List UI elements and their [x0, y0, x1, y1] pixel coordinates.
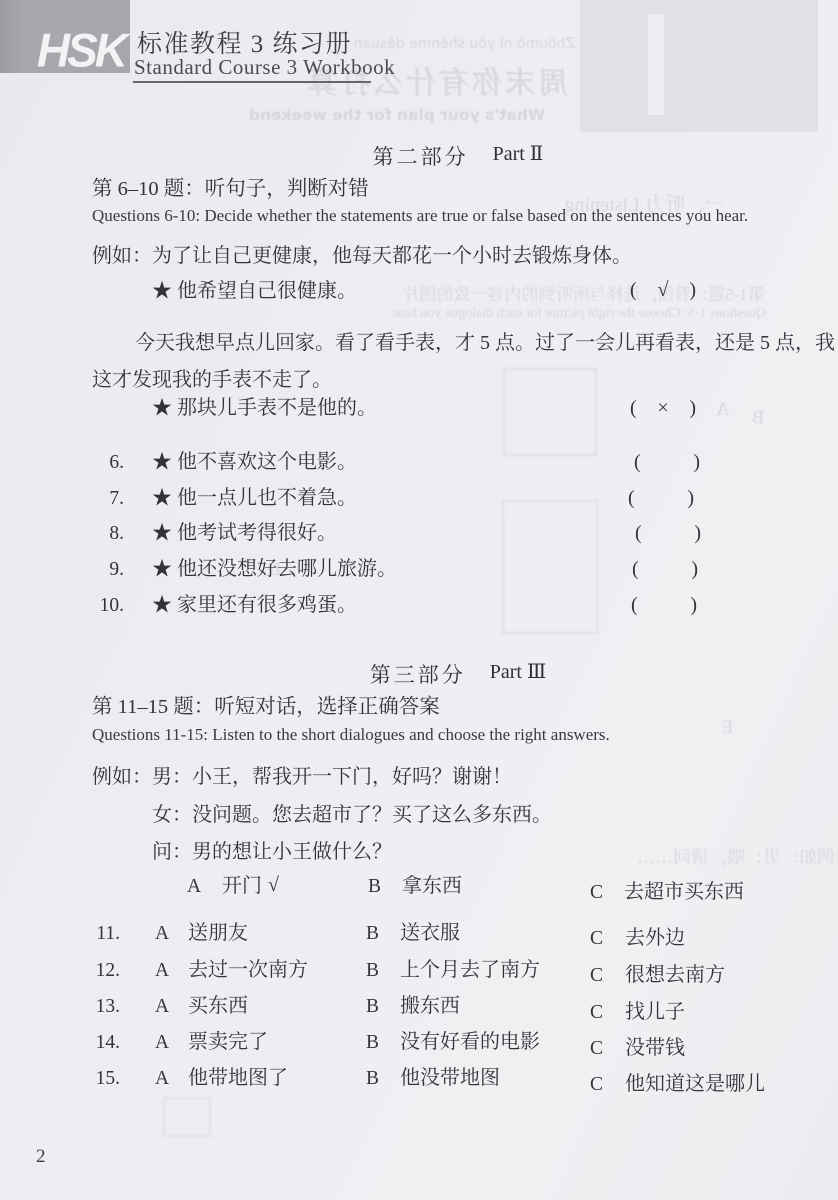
- option-check-a: √: [268, 875, 279, 895]
- option-letter-a: A: [155, 923, 169, 945]
- answer-blank: (): [634, 451, 700, 474]
- paren-open: (: [630, 279, 637, 302]
- part3-example-line1: 例如：男：小王，帮我开一下门，好吗？谢谢！: [92, 767, 512, 787]
- page-number: 2: [36, 1146, 46, 1168]
- paren-close: ): [689, 397, 696, 420]
- option-letter-a: A: [187, 876, 201, 898]
- item-statement: ★ 家里还有很多鸡蛋。: [152, 595, 357, 615]
- option-letter-b: B: [366, 1068, 379, 1090]
- option-letter-b: B: [366, 960, 379, 982]
- option-letter-c: C: [590, 1002, 603, 1024]
- option-letter-b: B: [366, 1032, 379, 1054]
- part2-directions-en: Questions 6-10: Decide whether the state…: [92, 206, 748, 226]
- paren-close: ): [693, 451, 700, 474]
- answer-mark: [656, 594, 672, 617]
- book-title-en: Standard Course 3 Workbook: [134, 55, 395, 80]
- option-text-b: 送衣服: [400, 923, 460, 943]
- answer-blank: (): [628, 487, 694, 510]
- part2-passage-answer: (×): [630, 397, 696, 420]
- option-text-c: 没带钱: [625, 1038, 685, 1058]
- item-number: 6.: [82, 452, 124, 474]
- option-text-c: 他知道这是哪儿: [625, 1074, 765, 1094]
- paren-close: ): [694, 522, 701, 545]
- item-number: 8.: [82, 523, 124, 545]
- item-number: 11.: [78, 923, 120, 945]
- item-number: 12.: [78, 960, 120, 982]
- part2-example-sentence: 为了让自己更健康，他每天都花一个小时去锻炼身体。: [152, 245, 632, 267]
- option-letter-b: B: [366, 996, 379, 1018]
- part3-directions-zh: 第 11–15 题：听短对话，选择正确答案: [92, 697, 440, 718]
- item-statement: ★ 他一点儿也不着急。: [152, 488, 357, 508]
- part3-heading: 第三部分 Part Ⅲ: [92, 659, 824, 689]
- paren-open: (: [635, 522, 642, 545]
- answer-mark: [659, 451, 675, 474]
- option-letter-a: A: [155, 960, 169, 982]
- part2-passage-line2: 这才发现我的手表不走了。: [92, 370, 332, 390]
- option-letter-c: C: [590, 1038, 603, 1060]
- part3-example-line3: 问：男的想让小王做什么？: [152, 842, 392, 862]
- hsk-logo: HSK: [37, 27, 125, 74]
- paren-open: (: [634, 451, 641, 474]
- answer-mark: [657, 558, 673, 581]
- option-text-b: 搬东西: [400, 996, 460, 1016]
- part2-directions-zh: 第 6–10 题：听句子，判断对错: [92, 179, 369, 200]
- option-letter-c: C: [590, 928, 603, 950]
- dialogue-male: 男：小王，帮我开一下门，好吗？谢谢！: [152, 766, 512, 788]
- part3-example-line2: 女：没问题。您去超市了？买了这么多东西。: [152, 805, 552, 825]
- item-number: 15.: [78, 1068, 120, 1090]
- item-number: 10.: [82, 595, 124, 617]
- option-text-c: 去超市买东西: [624, 882, 744, 902]
- answer-blank: (): [635, 522, 701, 545]
- option-text-a: 买东西: [188, 996, 248, 1016]
- paren-close: ): [689, 279, 696, 302]
- option-text-a: 他带地图了: [188, 1068, 288, 1088]
- example-label: 例如：: [92, 767, 152, 787]
- hsk-logo-block: HSK: [0, 0, 130, 73]
- item-statement: ★ 他不喜欢这个电影。: [152, 452, 357, 472]
- answer-blank: (): [632, 558, 698, 581]
- cross-mark: ×: [655, 397, 671, 420]
- item-number: 13.: [78, 996, 120, 1018]
- option-text-b: 上个月去了南方: [400, 960, 540, 980]
- part2-heading-zh: 第二部分: [373, 141, 469, 171]
- item-statement: ★ 他还没想好去哪儿旅游。: [152, 559, 397, 579]
- paren-close: ): [690, 594, 697, 617]
- option-text-b: 拿东西: [402, 876, 462, 896]
- item-number: 14.: [78, 1032, 120, 1054]
- part2-passage-statement: ★ 那块儿手表不是他的。: [152, 398, 377, 418]
- workbook-page: Zhōumò nǐ yǒu shénme dǎsuan 周末你有什么打算 Wha…: [0, 0, 838, 1200]
- part2-heading-en: Part Ⅱ: [493, 141, 544, 171]
- option-letter-b: B: [366, 923, 379, 945]
- answer-blank: (): [631, 594, 697, 617]
- item-number: 7.: [82, 488, 124, 510]
- option-letter-b: B: [368, 876, 381, 898]
- option-text-a: 票卖完了: [188, 1032, 268, 1052]
- check-mark: √: [655, 279, 671, 302]
- option-letter-a: A: [155, 1068, 169, 1090]
- paren-open: (: [628, 487, 635, 510]
- part2-passage-line1: 今天我想早点儿回家。看了看手表，才 5 点。过了一会儿再看表，还是 5 点，我: [135, 333, 835, 353]
- paren-close: ): [687, 487, 694, 510]
- part2-example-line: 例如：为了让自己更健康，他每天都花一个小时去锻炼身体。: [92, 246, 632, 266]
- part2-example-answer: (√): [630, 279, 696, 302]
- part3-heading-en: Part Ⅲ: [490, 659, 547, 689]
- option-text-b: 他没带地图: [400, 1068, 500, 1088]
- option-letter-c: C: [590, 1074, 603, 1096]
- option-text-a: 开门: [222, 876, 262, 896]
- example-label: 例如：: [92, 246, 152, 266]
- option-text-c: 很想去南方: [625, 965, 725, 985]
- paren-open: (: [630, 397, 637, 420]
- page-content: HSK 标准教程 3 练习册 Standard Course 3 Workboo…: [0, 0, 838, 1200]
- answer-mark: [660, 522, 676, 545]
- option-letter-a: A: [155, 1032, 169, 1054]
- option-letter-c: C: [590, 965, 603, 987]
- item-number: 9.: [82, 559, 124, 581]
- part2-example-statement: ★ 他希望自己很健康。: [152, 281, 357, 301]
- part3-directions-en: Questions 11-15: Listen to the short dia…: [92, 725, 610, 745]
- option-text-c: 去外边: [625, 928, 685, 948]
- option-text-a: 去过一次南方: [188, 960, 308, 980]
- paren-open: (: [632, 558, 639, 581]
- part3-heading-zh: 第三部分: [370, 659, 466, 689]
- paren-open: (: [631, 594, 638, 617]
- option-text-c: 找儿子: [625, 1002, 685, 1022]
- part2-heading: 第二部分 Part Ⅱ: [92, 141, 824, 171]
- answer-mark: [653, 487, 669, 510]
- paren-close: ): [691, 558, 698, 581]
- item-statement: ★ 他考试考得很好。: [152, 523, 337, 543]
- option-text-a: 送朋友: [188, 923, 248, 943]
- option-letter-c: C: [590, 882, 603, 904]
- option-text-b: 没有好看的电影: [400, 1032, 540, 1052]
- header-rule: [133, 81, 371, 83]
- option-letter-a: A: [155, 996, 169, 1018]
